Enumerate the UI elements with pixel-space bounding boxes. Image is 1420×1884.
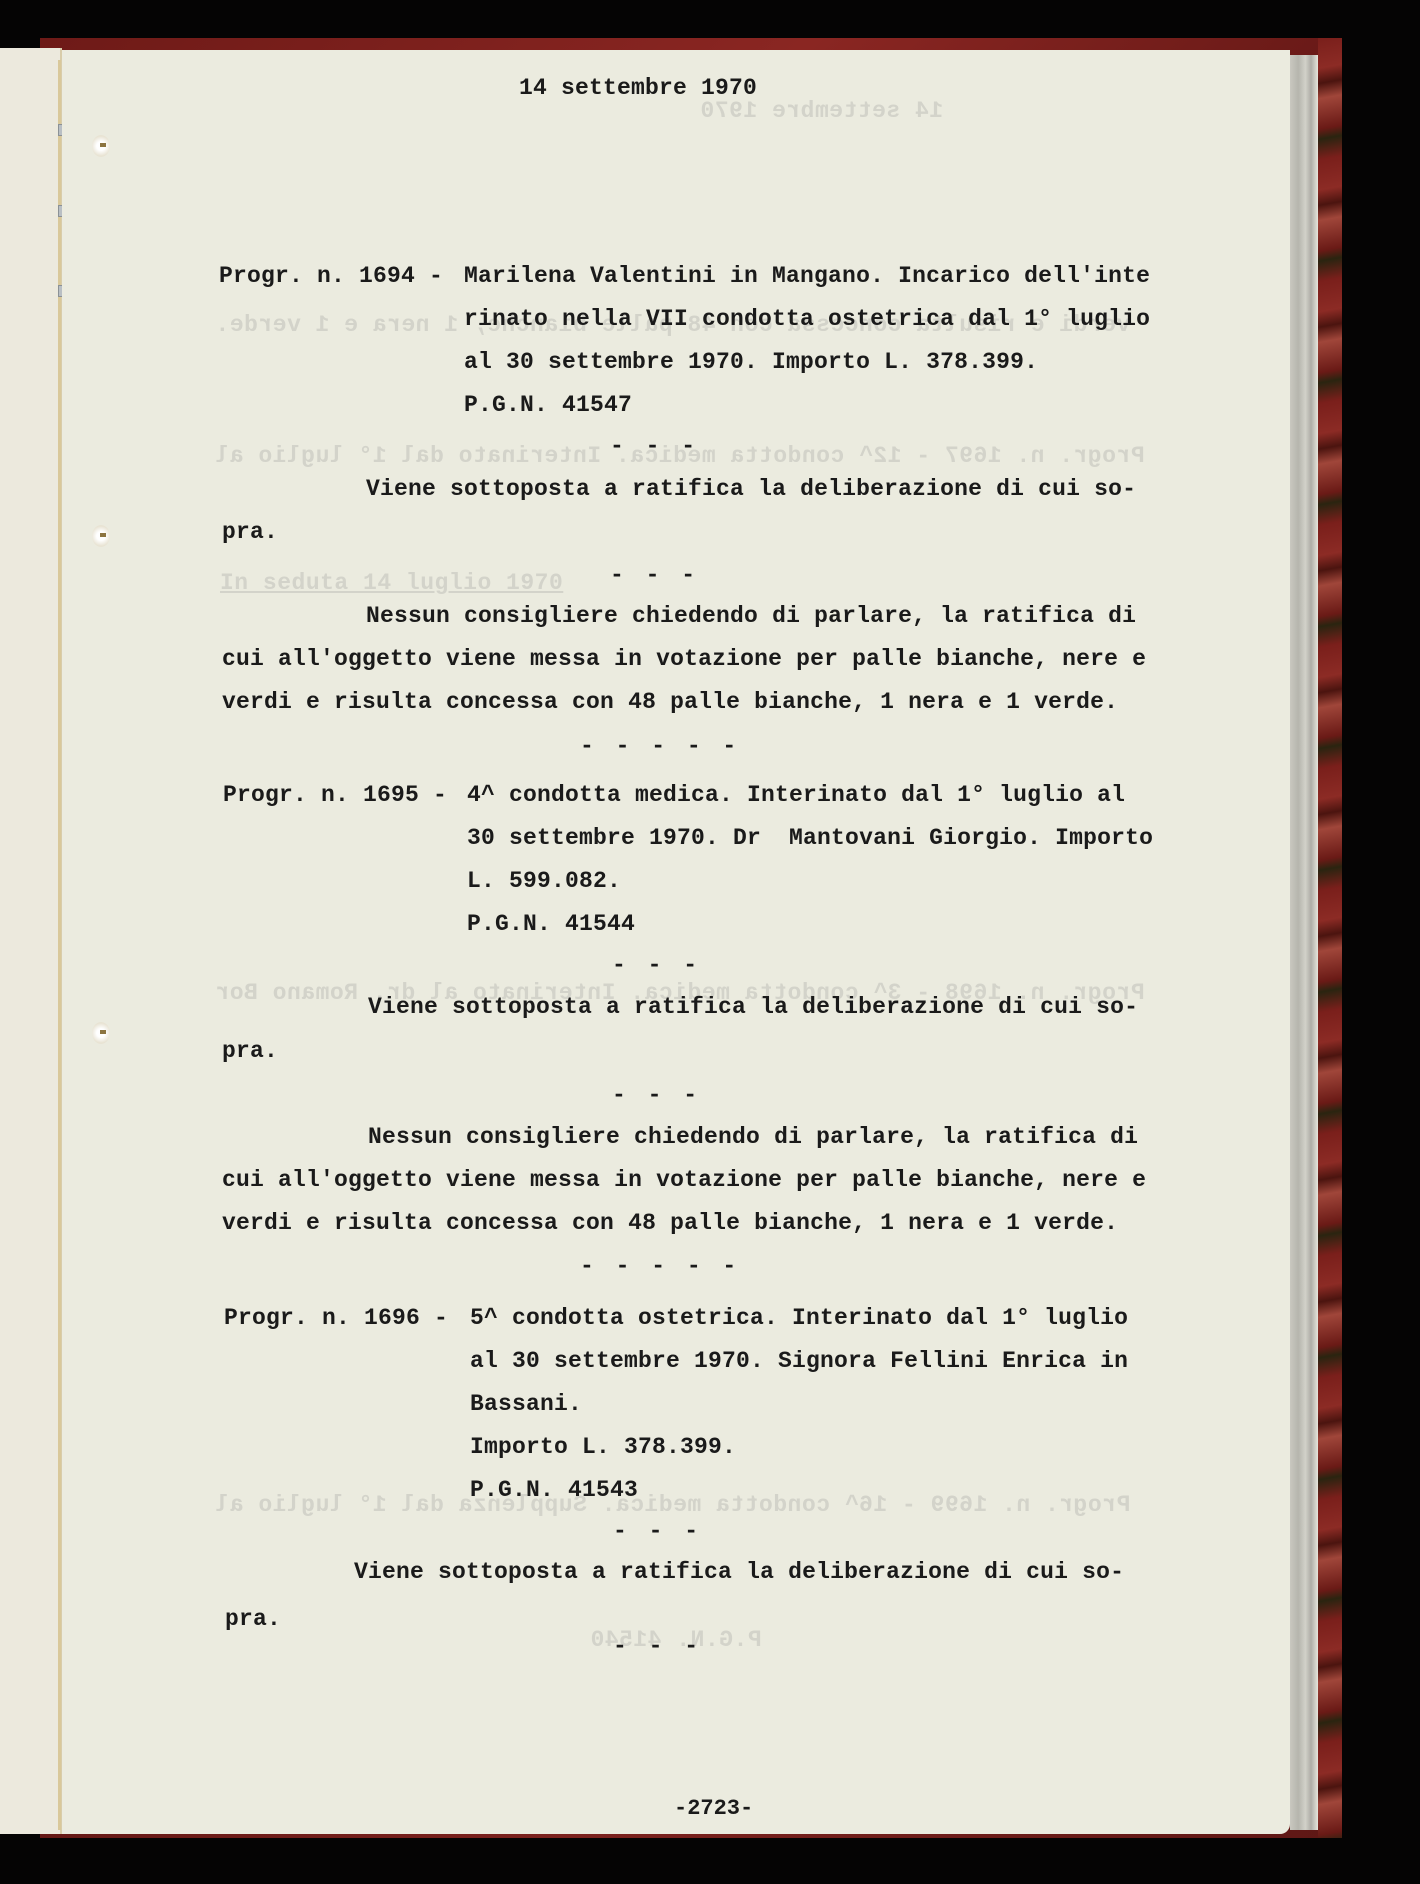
page-number: -2723-	[674, 1796, 753, 1821]
entry-line: 4^ condotta medica. Interinato dal 1° lu…	[467, 782, 1125, 808]
entry-pgn: P.G.N. 41544	[467, 911, 635, 937]
entry-label: Progr. n. 1694 -	[219, 263, 443, 289]
vote-line: verdi e risulta concessa con 48 palle bi…	[222, 689, 1118, 715]
marbled-cover-edge	[1318, 38, 1342, 1838]
end-separator: - - - - -	[580, 1253, 740, 1279]
gutter	[58, 60, 61, 1830]
bleed-through-text: Progr. n. 1699 - 16^ condotta medica. Su…	[215, 1492, 1130, 1518]
punch-hole-icon	[92, 135, 110, 157]
punch-hole-icon	[92, 1022, 110, 1044]
entry-line: al 30 settembre 1970. Importo L. 378.399…	[464, 349, 1038, 375]
end-separator: - - - - -	[580, 733, 740, 759]
entry-line: Importo L. 378.399.	[470, 1434, 736, 1460]
entry-line: L. 599.082.	[467, 868, 621, 894]
entry-pgn: P.G.N. 41543	[470, 1477, 638, 1503]
entry-pgn: P.G.N. 41547	[464, 392, 632, 418]
ratifica-line: pra.	[222, 1038, 278, 1064]
vote-line: Nessun consigliere chiedendo di parlare,…	[368, 1124, 1138, 1150]
bleed-through-text: In seduta 14 luglio 1970	[220, 570, 563, 596]
entry-label: Progr. n. 1696 -	[224, 1305, 448, 1331]
bleed-through-text: 14 settembre 1970	[700, 98, 943, 124]
separator: - - -	[613, 1633, 702, 1659]
separator: - - -	[613, 1518, 702, 1544]
page-stack-edge	[1290, 55, 1318, 1830]
ratifica-line: Viene sottoposta a ratifica la deliberaz…	[368, 994, 1138, 1020]
vote-line: cui all'oggetto viene messa in votazione…	[222, 1167, 1146, 1193]
ratifica-line: Viene sottoposta a ratifica la deliberaz…	[366, 476, 1136, 502]
vote-line: Nessun consigliere chiedendo di parlare,…	[366, 603, 1136, 629]
ratifica-line: pra.	[225, 1606, 281, 1632]
facing-page	[0, 48, 62, 1834]
entry-line: Bassani.	[470, 1391, 582, 1417]
punch-hole-icon	[92, 525, 110, 547]
vote-line: cui all'oggetto viene messa in votazione…	[222, 646, 1146, 672]
entry-line: rinato nella VII condotta ostetrica dal …	[464, 306, 1150, 332]
entry-line: 30 settembre 1970. Dr Mantovani Giorgio.…	[467, 825, 1153, 851]
separator: - - -	[612, 952, 701, 978]
separator: - - -	[610, 433, 699, 459]
entry-line: 5^ condotta ostetrica. Interinato dal 1°…	[470, 1305, 1128, 1331]
ratifica-line: pra.	[222, 519, 278, 545]
separator: - - -	[612, 1082, 701, 1108]
ratifica-line: Viene sottoposta a ratifica la deliberaz…	[354, 1559, 1124, 1585]
entry-line: al 30 settembre 1970. Signora Fellini En…	[470, 1348, 1128, 1374]
separator: - - -	[610, 562, 699, 588]
entry-line: Marilena Valentini in Mangano. Incarico …	[464, 263, 1150, 289]
entry-label: Progr. n. 1695 -	[223, 782, 447, 808]
vote-line: verdi e risulta concessa con 48 palle bi…	[222, 1210, 1118, 1236]
date-header: 14 settembre 1970	[519, 75, 757, 101]
